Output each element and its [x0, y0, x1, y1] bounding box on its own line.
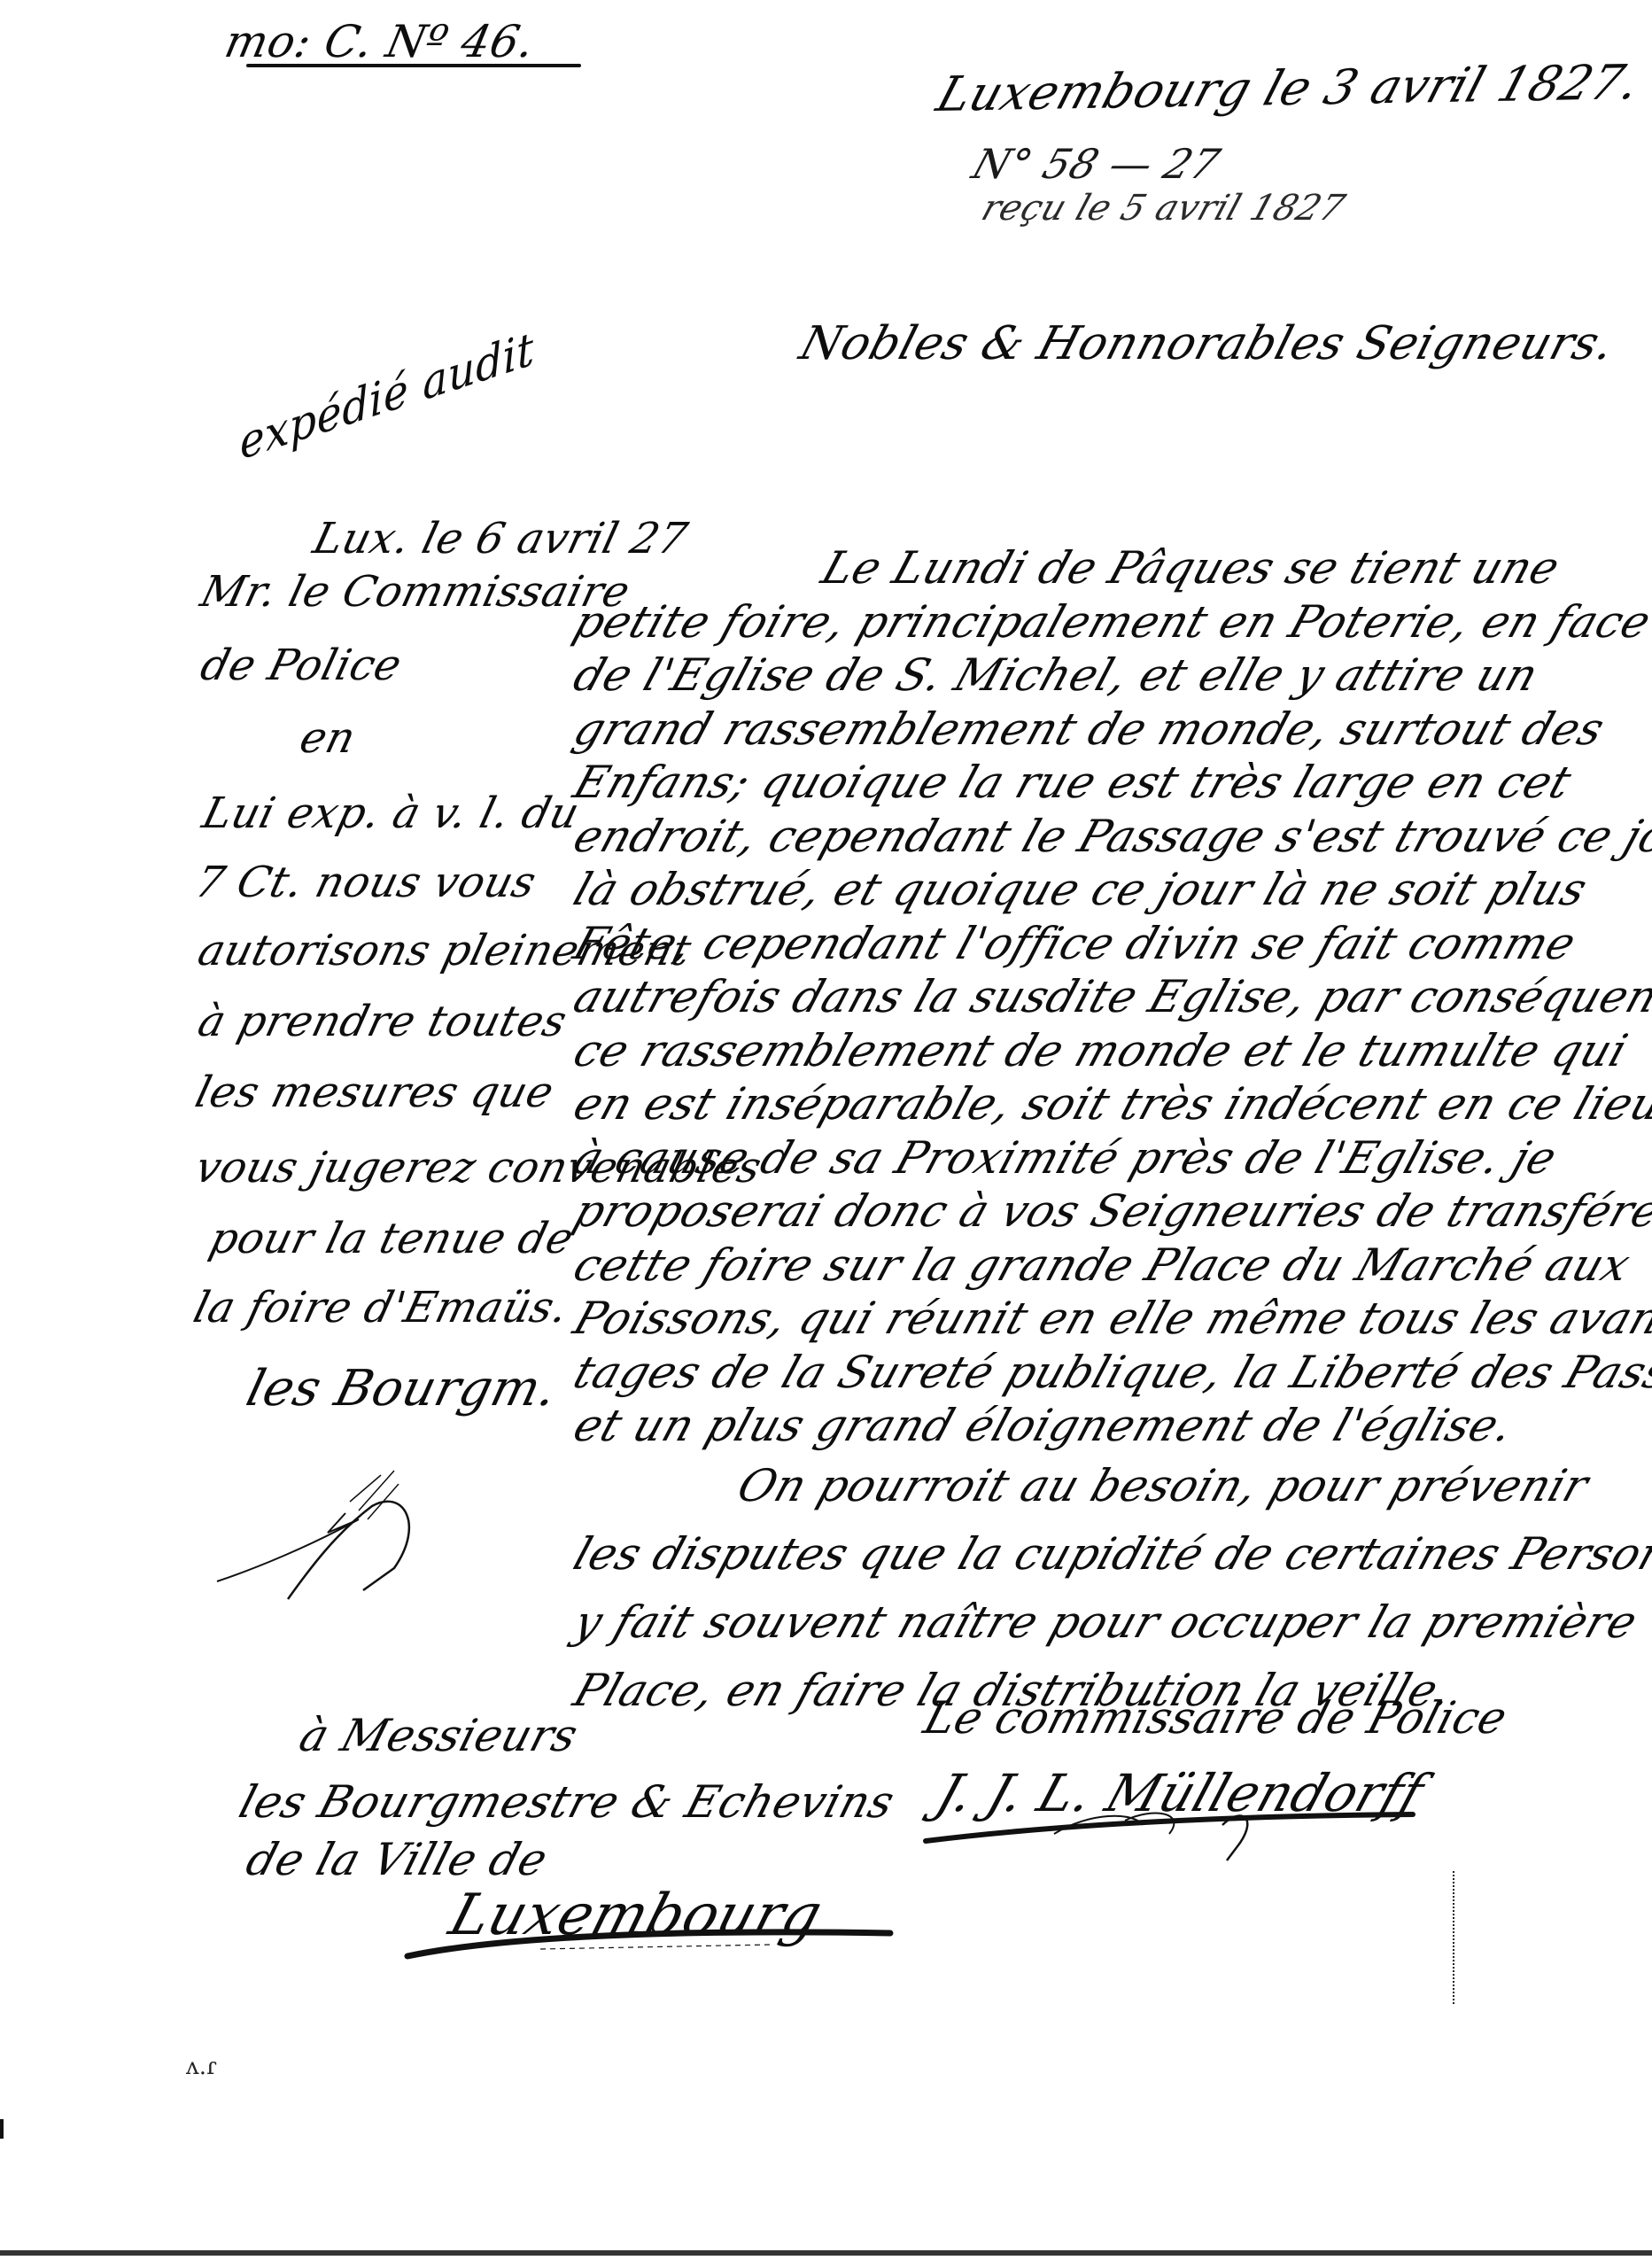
- address-line: les Bourgmestre & Echevins: [234, 1776, 901, 1828]
- salutation: Nobles & Honnorables Seigneurs.: [794, 317, 1620, 370]
- letter-line: Le Lundi de Pâques se tient une: [816, 542, 1567, 594]
- margin-note: Lui exp. à v. l. du: [198, 788, 585, 838]
- address-line: de la Ville de: [241, 1834, 554, 1885]
- letter-line: Fête, cependant l'office divin se fait c…: [568, 918, 1583, 969]
- letter-line: les disputes que la cupidité de certaine…: [568, 1528, 1652, 1580]
- letter-line: Poissons, qui réunit en elle même tous l…: [568, 1293, 1652, 1344]
- letter-line: ce rassemblement de monde et le tumulte …: [568, 1025, 1634, 1076]
- registry-number: N° 58 — 27: [966, 140, 1226, 188]
- margin-note: la foire d'Emaüs.: [189, 1283, 573, 1332]
- place-and-date: Luxembourg le 3 avril 1827.: [930, 54, 1647, 122]
- scanned-letter-page: mo: C. Nº 46. Luxembourg le 3 avril 1827…: [0, 0, 1652, 2268]
- margin-note: les Bourgm.: [241, 1360, 563, 1417]
- margin-note: les mesures que: [190, 1068, 559, 1117]
- margin-note: 7 Ct. nous vous: [190, 858, 541, 907]
- letter-line: grand rassemblement de monde, surtout de…: [568, 703, 1611, 755]
- signature-flourish-icon: [921, 1790, 1417, 1869]
- letter-line: cette foire sur la grande Place du March…: [568, 1239, 1637, 1291]
- letter-line: en est inséparable, soit très indécent e…: [568, 1078, 1652, 1130]
- letter-line: proposerai donc à vos Seigneuries de tra…: [568, 1185, 1652, 1237]
- address-line: à Messieurs: [294, 1710, 584, 1761]
- letter-line: y fait souvent naître pour occuper la pr…: [568, 1596, 1644, 1648]
- address-underline-icon: [399, 1914, 895, 1967]
- archive-reference: mo: C. Nº 46.: [221, 16, 539, 67]
- letter-line: petite foire, principalement en Poterie,…: [568, 596, 1652, 648]
- received-note: reçu le 5 avril 1827: [977, 188, 1351, 229]
- margin-note: de Police: [196, 641, 407, 690]
- margin-note: Lux. le 6 avril 27: [308, 514, 693, 563]
- signature-title: Le commissaire de Police: [919, 1692, 1514, 1744]
- letter-line: là obstrué, et quoique ce jour là ne soi…: [568, 864, 1594, 915]
- letter-line: autrefois dans la susdite Eglise, par co…: [568, 971, 1652, 1022]
- paper-fold-mark: [1453, 1871, 1456, 2004]
- letter-line: et un plus grand éloignement de l'église…: [568, 1400, 1520, 1451]
- margin-note: expédié audit: [237, 322, 536, 470]
- letter-line: On pourroit au besoin, pour prévenir: [732, 1460, 1595, 1511]
- scan-edge-mark: [0, 2119, 4, 2139]
- letter-line: tages de la Sureté publique, la Liberté …: [568, 1347, 1652, 1398]
- letter-line: de l'Eglise de S. Michel, et elle y atti…: [568, 649, 1545, 701]
- scan-bottom-edge: [0, 2250, 1652, 2256]
- stray-ink-mark: ʌ.ɾ: [186, 2054, 217, 2080]
- margin-note: en: [295, 713, 361, 763]
- letter-line: endroit, cependant le Passage s'est trou…: [568, 811, 1652, 862]
- reference-underline: [246, 64, 581, 67]
- margin-note: à prendre toutes: [193, 997, 572, 1046]
- paraph-flourish-icon: [204, 1435, 434, 1604]
- margin-note: pour la tenue de: [205, 1214, 578, 1263]
- letter-line: à cause de sa Proximité près de l'Eglise…: [568, 1132, 1563, 1184]
- letter-line: Enfans; quoique la rue est très large en…: [568, 757, 1578, 808]
- margin-note: Mr. le Commissaire: [196, 567, 635, 617]
